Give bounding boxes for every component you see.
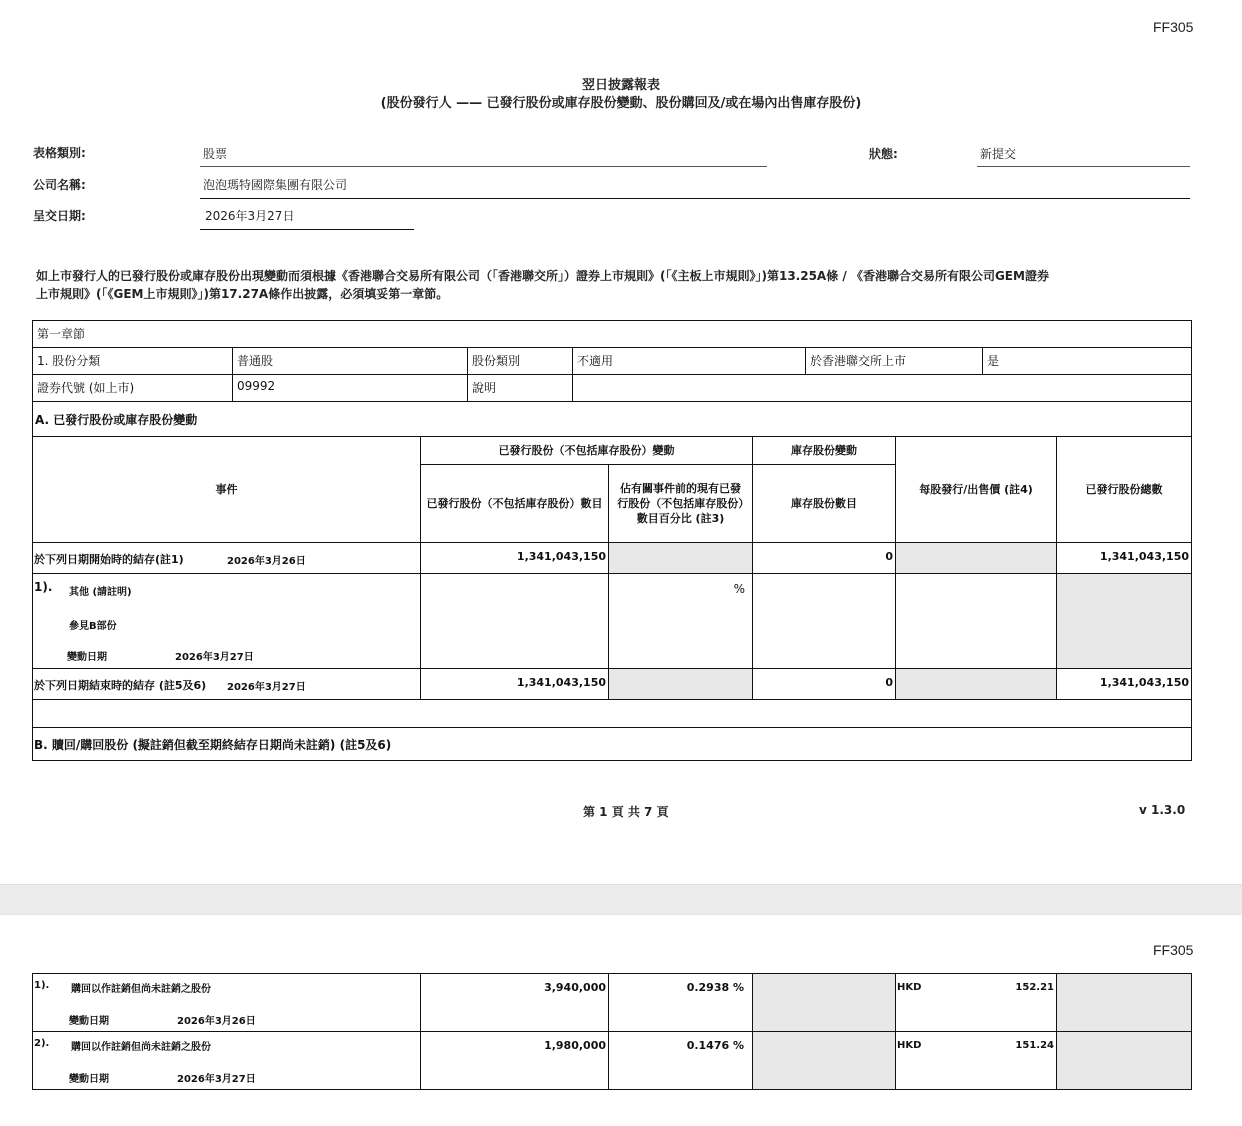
closing-price-disabled (895, 668, 1057, 700)
page-1: FF305 翌日披露報表 (股份發行人 —— 已發行股份或庫存股份變動、股份購回… (0, 0, 1242, 884)
document-title: 翌日披露報表 (0, 74, 1242, 93)
part-b-row-2-count-text: 1,980,000 (544, 1039, 606, 1052)
company-underline (200, 198, 1190, 199)
event-1-date: 2026年3月27日 (175, 648, 254, 663)
part-b-row-1-count: 3,940,000 (420, 973, 609, 1032)
part-b-row-1-pct-text: 0.2938 % (687, 981, 744, 994)
header-treasury-count: 庫存股份數目 (752, 464, 896, 543)
opening-label-text: 於下列日期開始時的結存(註1) (34, 553, 184, 566)
stock-code-label-text: 證券代號 (如上市) (37, 381, 134, 395)
event-1-date-label: 變動日期 (67, 648, 107, 663)
header-event: 事件 (32, 436, 421, 543)
header-treasury-group-text: 庫存股份變動 (791, 443, 857, 458)
intro-line-2: 上市規則》(「《GEM上市規則》」)第17.27A條作出披露，必須填妥第一章節。 (36, 286, 1206, 303)
share-class-label: 1. 股份分類 (32, 347, 233, 375)
event-1-note: 參見B部份 (69, 617, 117, 632)
listed-label-text: 於香港聯交所上市 (810, 354, 906, 368)
event-1-total-disabled (1056, 573, 1192, 669)
event-1-issued (420, 573, 609, 669)
closing-date: 2026年3月27日 (227, 678, 306, 693)
header-issued-count: 已發行股份（不包括庫存股份）數目 (420, 464, 609, 543)
opening-pct-disabled (608, 542, 753, 574)
header-issued-pct: 佔有關事件前的現有已發行股份（不包括庫存股份）數目百分比 (註3) (608, 464, 753, 543)
event-1-index: 1). (34, 580, 52, 594)
opening-issued: 1,341,043,150 (420, 542, 609, 574)
form-code-page-2: FF305 (1153, 942, 1193, 958)
status-value: 新提交 (980, 145, 1016, 162)
description-value (572, 374, 1192, 402)
event-1-cell: 1). 其他 (請註明) 參見B部份 變動日期 2026年3月27日 (32, 573, 421, 669)
closing-issued: 1,341,043,150 (420, 668, 609, 700)
part-b-row-1: 1). 購回以作註銷但尚未註銷之股份 變動日期 2026年3月26日 (32, 973, 421, 1032)
company-label: 公司名稱: (33, 176, 86, 193)
header-total: 已發行股份總數 (1056, 436, 1192, 543)
page-separator (0, 884, 1242, 915)
share-type-value-text: 不適用 (577, 354, 613, 368)
section1-title: 第一章節 (32, 320, 1192, 348)
opening-balance-label: 於下列日期開始時的結存(註1) 2026年3月26日 (32, 542, 421, 574)
header-issued-group-text: 已發行股份（不包括庫存股份）變動 (499, 443, 675, 458)
event-1-type: 其他 (請註明) (69, 583, 132, 598)
part-b-row-2-total-disabled (1056, 1031, 1192, 1090)
closing-pct-disabled (608, 668, 753, 700)
part-b-row-1-price: HKD 152.21 (895, 973, 1057, 1032)
intro-line-1: 如上市發行人的已發行股份或庫存股份出現變動而須根據《香港聯合交易所有限公司（「香… (36, 268, 1206, 285)
part-b-row-1-price-text: 152.21 (1015, 982, 1054, 993)
header-price-text: 每股發行/出售價 (註4) (919, 482, 1033, 497)
share-type-value: 不適用 (572, 347, 806, 375)
opening-issued-text: 1,341,043,150 (517, 550, 606, 563)
part-b-row-2-date-label: 變動日期 (69, 1070, 109, 1085)
closing-balance-label: 於下列日期結束時的結存 (註5及6) 2026年3月27日 (32, 668, 421, 700)
form-type-value: 股票 (203, 145, 227, 162)
status-label: 狀態: (869, 145, 898, 162)
closing-label-text: 於下列日期結束時的結存 (註5及6) (34, 679, 206, 692)
part-b-row-2-index: 2). (34, 1038, 49, 1049)
part-b-row-1-date: 2026年3月26日 (177, 1012, 256, 1027)
part-b-row-2-date: 2026年3月27日 (177, 1070, 256, 1085)
closing-total-text: 1,341,043,150 (1100, 676, 1189, 689)
event-1-price (895, 573, 1057, 669)
page-2: FF305 1). 購回以作註銷但尚未註銷之股份 變動日期 2026年3月26日… (0, 915, 1242, 1126)
stock-code-value: 09992 (232, 374, 468, 402)
share-class-value: 普通股 (232, 347, 468, 375)
closing-issued-text: 1,341,043,150 (517, 676, 606, 689)
version: v 1.3.0 (1139, 803, 1185, 817)
opening-date: 2026年3月26日 (227, 552, 306, 567)
closing-total: 1,341,043,150 (1056, 668, 1192, 700)
part-b-row-2-pct-text: 0.1476 % (687, 1039, 744, 1052)
date-label: 呈交日期: (33, 207, 86, 224)
part-b-row-2-desc: 購回以作註銷但尚未註銷之股份 (71, 1038, 211, 1053)
date-value: 2026年3月27日 (205, 207, 294, 224)
part-b-row-2: 2). 購回以作註銷但尚未註銷之股份 變動日期 2026年3月27日 (32, 1031, 421, 1090)
event-1-pct-symbol: % (734, 582, 745, 596)
header-issued-count-text: 已發行股份（不包括庫存股份）數目 (427, 496, 603, 511)
description-label-text: 說明 (472, 381, 496, 395)
part-b-row-1-pct: 0.2938 % (608, 973, 753, 1032)
share-type-label: 股份類別 (467, 347, 573, 375)
description-label: 說明 (467, 374, 573, 402)
part-b-row-1-treasury-disabled (752, 973, 896, 1032)
opening-total-text: 1,341,043,150 (1100, 550, 1189, 563)
date-underline (200, 229, 414, 230)
header-total-text: 已發行股份總數 (1086, 482, 1163, 497)
closing-treasury: 0 (752, 668, 896, 700)
part-b-title: B. 贖回/購回股份 (擬註銷但截至期終結存日期尚未註銷) (註5及6) (32, 727, 1192, 761)
listed-label: 於香港聯交所上市 (805, 347, 983, 375)
part-b-row-1-count-text: 3,940,000 (544, 981, 606, 994)
part-b-row-2-count: 1,980,000 (420, 1031, 609, 1090)
form-type-label: 表格類別: (33, 144, 86, 161)
stock-code-label: 證券代號 (如上市) (32, 374, 233, 402)
opening-price-disabled (895, 542, 1057, 574)
part-b-row-1-date-label: 變動日期 (69, 1012, 109, 1027)
opening-total: 1,341,043,150 (1056, 542, 1192, 574)
spacer-row (32, 699, 1192, 728)
opening-treasury: 0 (752, 542, 896, 574)
opening-treasury-text: 0 (885, 550, 893, 563)
share-type-label-text: 股份類別 (472, 354, 520, 368)
section1-title-text: 第一章節 (37, 327, 85, 341)
part-b-row-2-price-text: 151.24 (1015, 1040, 1054, 1051)
part-b-row-2-price: HKD 151.24 (895, 1031, 1057, 1090)
stock-code-value-text: 09992 (237, 379, 275, 393)
share-class-value-text: 普通股 (237, 354, 273, 368)
header-treasury-count-text: 庫存股份數目 (791, 496, 857, 511)
listed-value-text: 是 (987, 354, 999, 368)
part-b-row-2-currency: HKD (897, 1040, 921, 1051)
event-1-treasury (752, 573, 896, 669)
header-event-text: 事件 (216, 482, 238, 497)
part-b-title-text: B. 贖回/購回股份 (擬註銷但截至期終結存日期尚未註銷) (註5及6) (34, 738, 391, 752)
status-underline (977, 166, 1190, 167)
share-class-label-text: 1. 股份分類 (37, 354, 100, 368)
header-price: 每股發行/出售價 (註4) (895, 436, 1057, 543)
part-b-row-2-treasury-disabled (752, 1031, 896, 1090)
header-issued-pct-text: 佔有關事件前的現有已發行股份（不包括庫存股份）數目百分比 (註3) (617, 481, 744, 526)
part-a-title: A. 已發行股份或庫存股份變動 (32, 401, 1192, 437)
part-b-row-1-total-disabled (1056, 973, 1192, 1032)
form-type-underline (200, 166, 767, 167)
header-treasury-group: 庫存股份變動 (752, 436, 896, 465)
part-b-row-1-desc: 購回以作註銷但尚未註銷之股份 (71, 980, 211, 995)
header-issued-group: 已發行股份（不包括庫存股份）變動 (420, 436, 753, 465)
part-b-row-1-index: 1). (34, 980, 49, 991)
part-b-row-1-currency: HKD (897, 982, 921, 993)
part-b-row-2-pct: 0.1476 % (608, 1031, 753, 1090)
page-number: 第 1 頁 共 7 頁 (583, 803, 669, 820)
company-value: 泡泡瑪特國際集團有限公司 (203, 176, 347, 193)
listed-value: 是 (982, 347, 1192, 375)
event-1-pct: % (608, 573, 753, 669)
form-code: FF305 (1153, 19, 1193, 35)
document-subtitle: (股份發行人 —— 已發行股份或庫存股份變動、股份購回及/或在場內出售庫存股份) (0, 92, 1242, 111)
part-a-title-text: A. 已發行股份或庫存股份變動 (35, 413, 197, 427)
closing-treasury-text: 0 (885, 676, 893, 689)
